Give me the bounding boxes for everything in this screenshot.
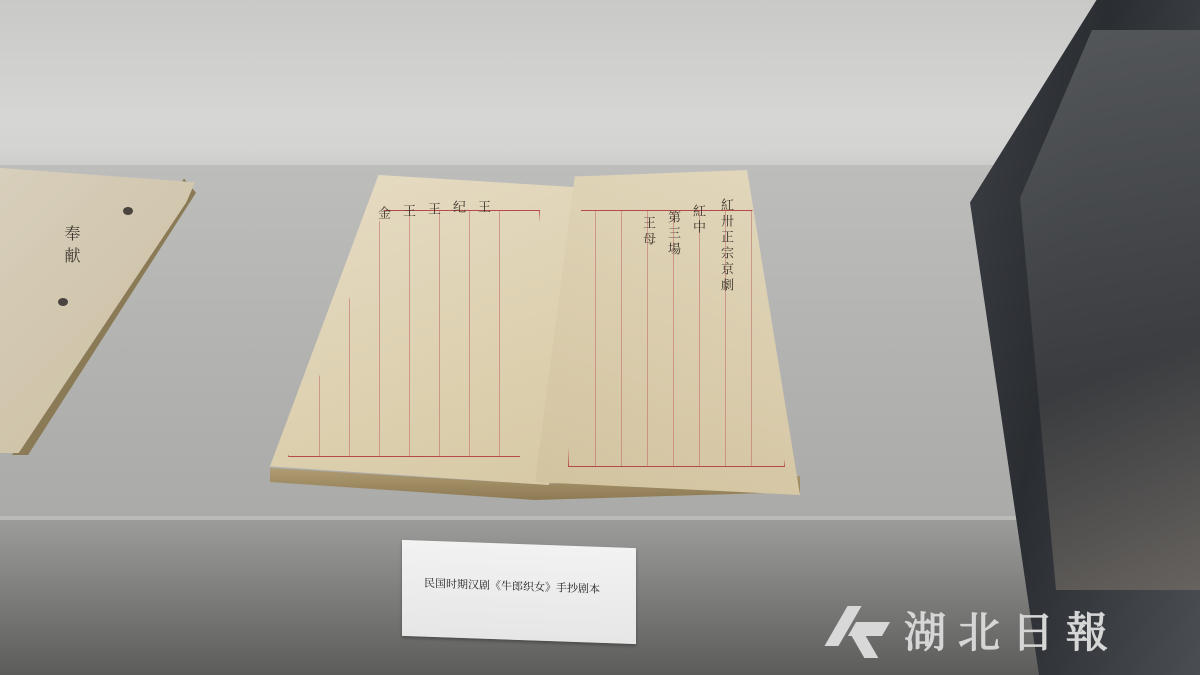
handwriting: 王 [400,204,415,220]
handwriting: 金 [375,206,390,222]
handwriting: 第三場 [665,210,680,258]
left-document-text: 奉献 [60,225,83,269]
exhibit-label-text: 民国时期汉剧《牛郎织女》手抄剧本 [424,575,600,597]
handwriting: 王母 [640,216,655,248]
exhibit-label-card: 民国时期汉剧《牛郎织女》手抄剧本 [402,540,636,644]
watermark: 湖北日報 [832,595,1120,665]
handwriting-heading: 紅卅正宗京劇 [718,198,733,294]
manuscript-book: 王 纪 王 王 金 紅卅正宗京劇 紅中 第三場 王母 [270,170,800,505]
handwriting: 王 [425,202,440,218]
hubei-daily-logo-icon [832,600,890,660]
pin-icon [58,298,68,306]
handwriting: 纪 [450,200,465,216]
pin-icon [123,207,133,215]
handwriting: 王 [475,200,490,216]
watermark-text: 湖北日報 [904,600,1120,660]
handwriting: 紅中 [690,204,705,236]
